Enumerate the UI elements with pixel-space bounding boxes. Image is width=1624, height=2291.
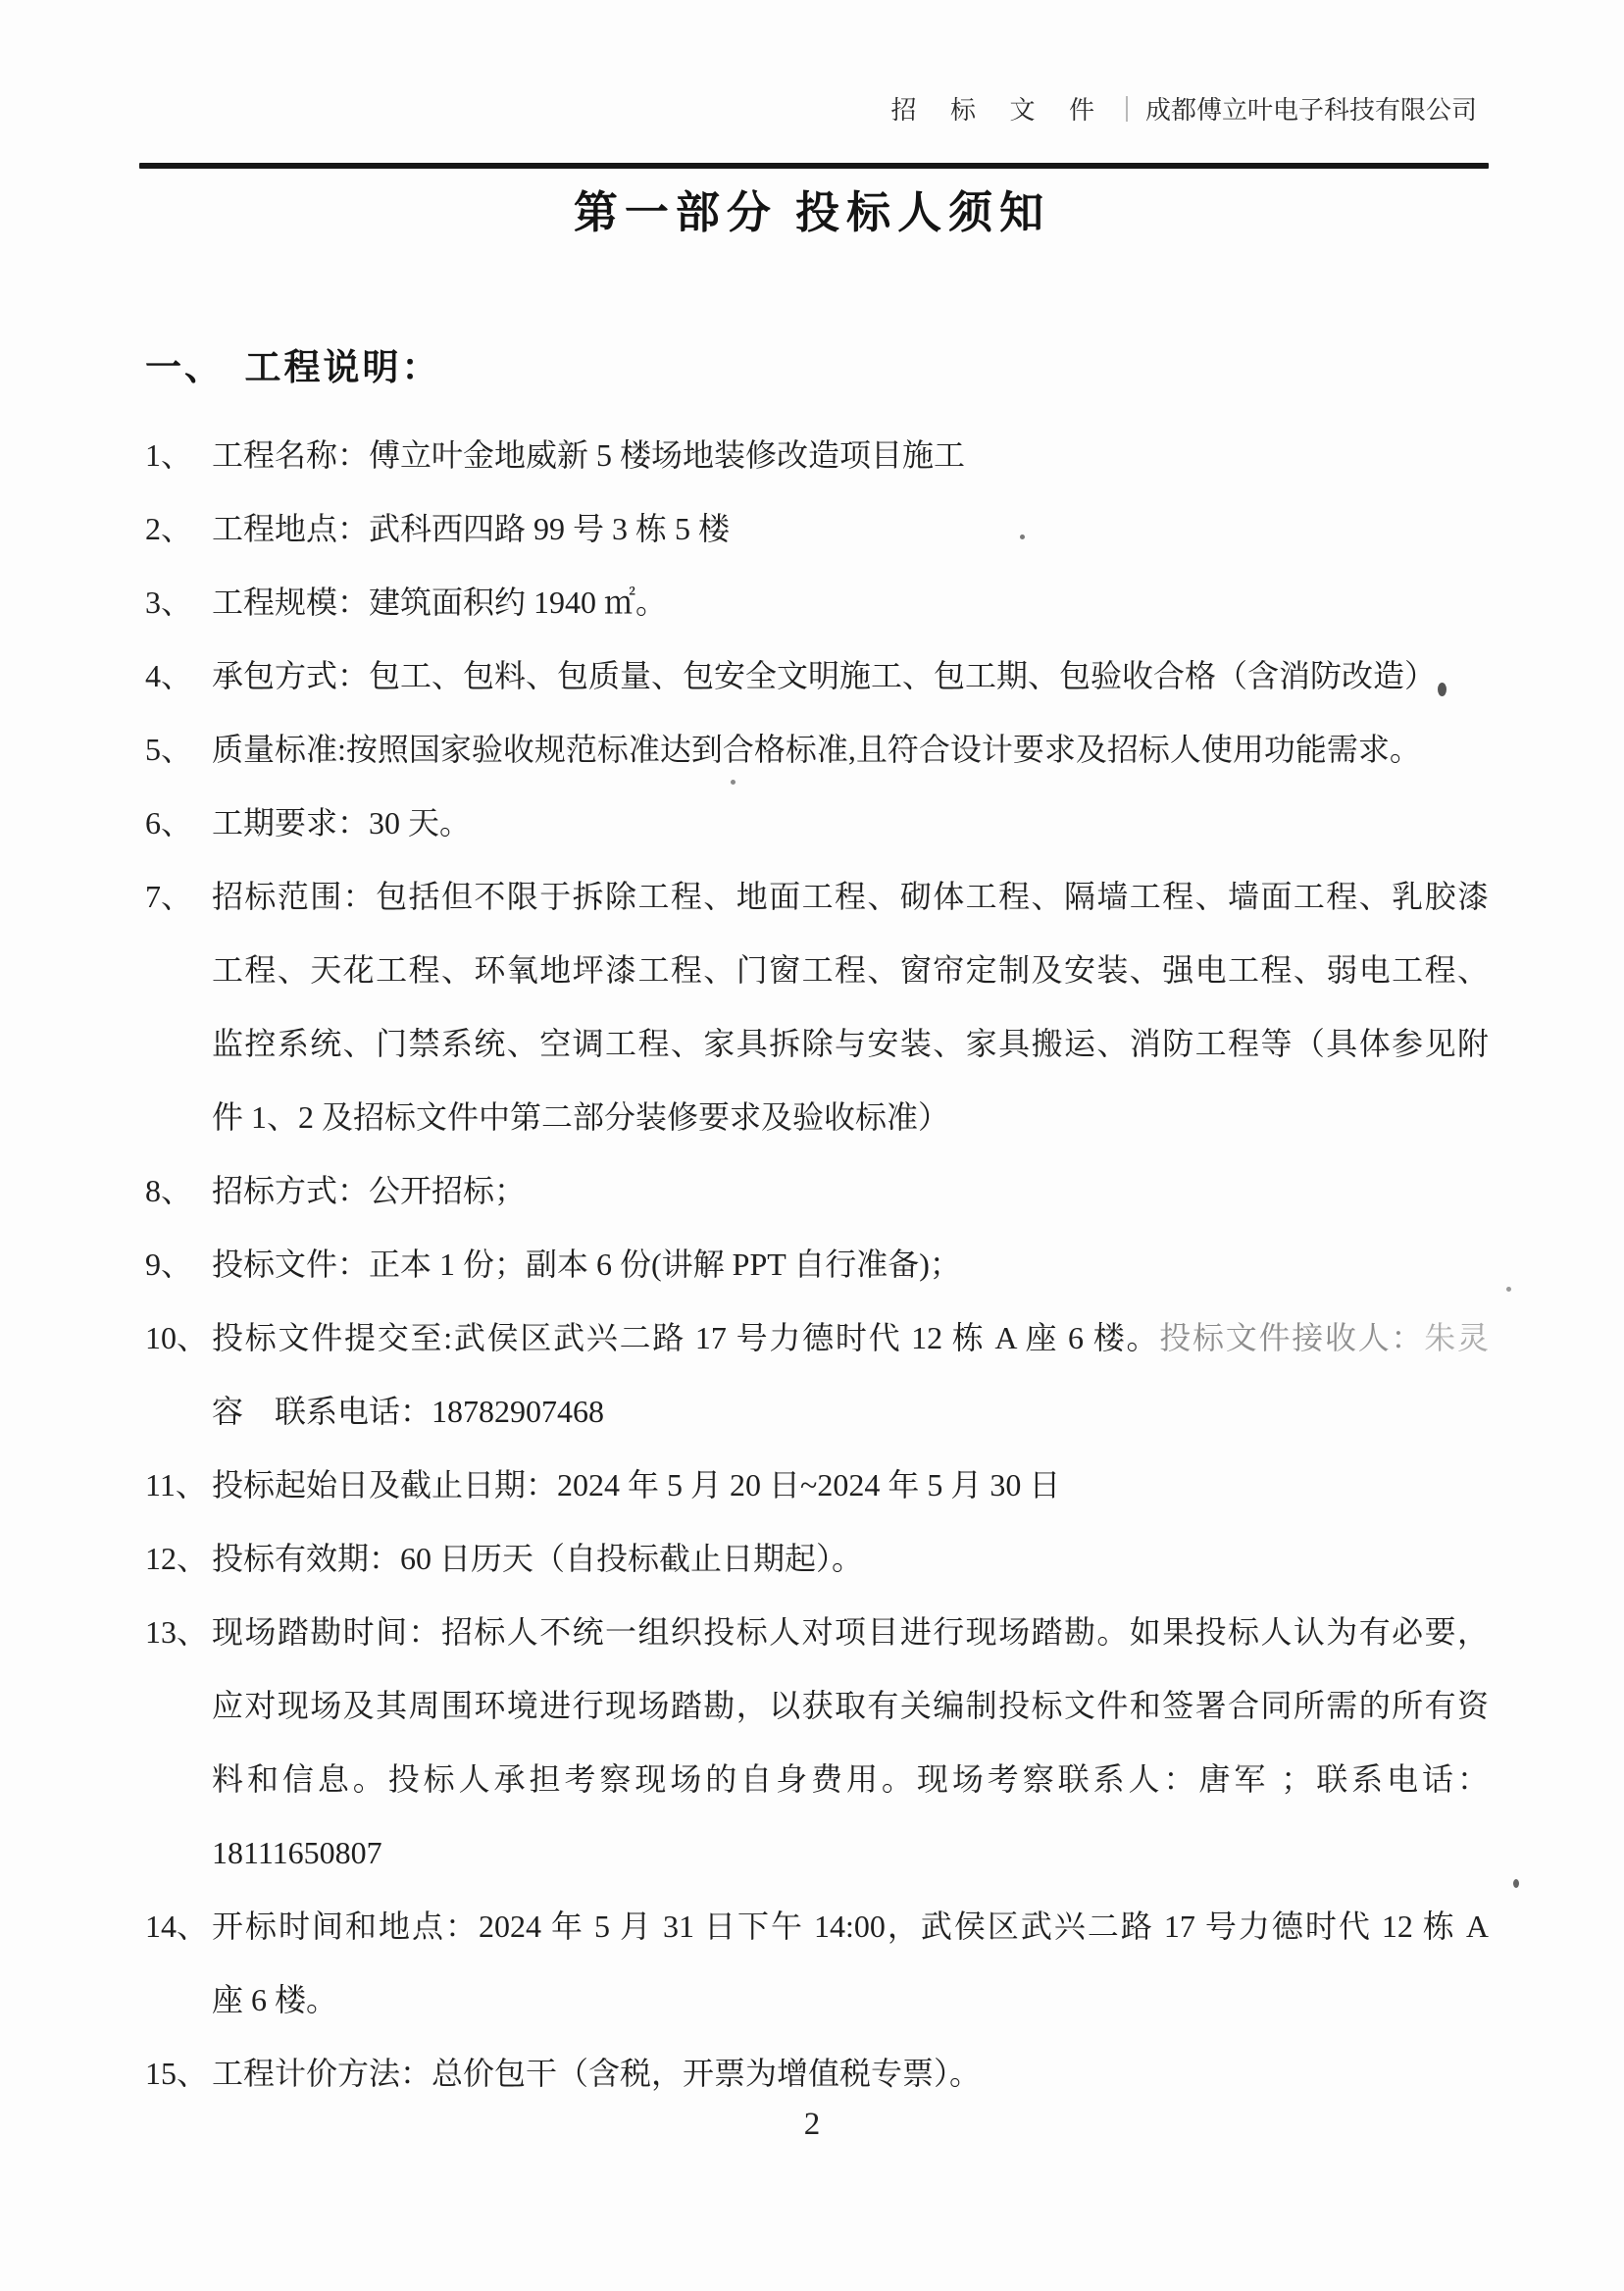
numbered-item: 6、 工期要求：30 天。 <box>145 787 1489 860</box>
item-line: 工程计价方法：总价包干（含税，开票为增值税专票）。 <box>212 2037 1489 2111</box>
item-line: 投标文件提交至:武侯区武兴二路 17 号力德时代 12 栋 A 座 6 楼。投标… <box>212 1301 1489 1375</box>
scan-speck <box>1506 1287 1511 1292</box>
numbered-list: 1、 工程名称：傅立叶金地威新 5 楼场地装修改造项目施工 2、 工程地点：武科… <box>145 419 1489 2111</box>
numbered-item: 9、 投标文件：正本 1 份；副本 6 份(讲解 PPT 自行准备)； <box>145 1228 1489 1301</box>
item-number: 11、 <box>145 1449 207 1522</box>
item-line: 容 联系电话：18782907468 <box>212 1375 1489 1449</box>
item-number: 2、 <box>145 492 192 566</box>
receiver-label-faded: 投标文件接收人： <box>1159 1320 1424 1355</box>
numbered-item: 4、 承包方式：包工、包料、包质量、包安全文明施工、包工期、包验收合格（含消防改… <box>145 639 1489 713</box>
item-number: 5、 <box>145 713 192 787</box>
item-number: 7、 <box>145 860 192 934</box>
item-number: 6、 <box>145 787 192 860</box>
numbered-item: 10、 投标文件提交至:武侯区武兴二路 17 号力德时代 12 栋 A 座 6 … <box>145 1301 1489 1449</box>
numbered-item: 8、 招标方式：公开招标； <box>145 1154 1489 1228</box>
page-number: 2 <box>0 2107 1624 2143</box>
item-line: 开标时间和地点：2024 年 5 月 31 日下午 14:00，武侯区武兴二路 … <box>212 1890 1489 1963</box>
item-line: 投标文件：正本 1 份；副本 6 份(讲解 PPT 自行准备)； <box>212 1228 1489 1301</box>
numbered-item: 14、 开标时间和地点：2024 年 5 月 31 日下午 14:00，武侯区武… <box>145 1890 1489 2037</box>
item-number: 1、 <box>145 419 192 492</box>
item-line: 工程、天花工程、环氧地坪漆工程、门窗工程、窗帘定制及安装、强电工程、弱电工程、 <box>212 934 1489 1007</box>
numbered-item: 1、 工程名称：傅立叶金地威新 5 楼场地装修改造项目施工 <box>145 419 1489 492</box>
item-line: 座 6 楼。 <box>212 1963 1489 2037</box>
scan-speck <box>1020 535 1025 539</box>
item-number: 15、 <box>145 2037 208 2111</box>
numbered-item: 3、 工程规模：建筑面积约 1940 ㎡。 <box>145 566 1489 639</box>
page-title: 第一部分 投标人须知 <box>0 177 1624 240</box>
item-line: 工程规模：建筑面积约 1940 ㎡。 <box>212 566 1489 639</box>
page-header: 招 标 文 件 成都傅立叶电子科技有限公司 <box>890 90 1477 127</box>
item-line: 现场踏勘时间：招标人不统一组织投标人对项目进行现场踏勘。如果投标人认为有必要， <box>212 1596 1489 1669</box>
item-line: 工程地点：武科西四路 99 号 3 栋 5 楼 <box>212 492 1489 566</box>
item-line: 工程名称：傅立叶金地威新 5 楼场地装修改造项目施工 <box>212 419 1489 492</box>
numbered-item: 2、 工程地点：武科西四路 99 号 3 栋 5 楼 <box>145 492 1489 566</box>
scan-speck <box>1513 1879 1519 1888</box>
numbered-item: 15、 工程计价方法：总价包干（含税，开票为增值税专票）。 <box>145 2037 1489 2111</box>
item-line: 件 1、2 及招标文件中第二部分装修要求及验收标准） <box>212 1081 1489 1154</box>
header-divider <box>1126 96 1128 122</box>
item-number: 3、 <box>145 566 192 639</box>
section-heading: 一、 工程说明： <box>145 331 1489 405</box>
company-name: 成都傅立叶电子科技有限公司 <box>1145 90 1477 127</box>
item-line: 招标范围：包括但不限于拆除工程、地面工程、砌体工程、隔墙工程、墙面工程、乳胶漆 <box>212 860 1489 934</box>
item-line: 监控系统、门禁系统、空调工程、家具拆除与安装、家具搬运、消防工程等（具体参见附 <box>212 1007 1489 1081</box>
item-line-text: 投标文件提交至:武侯区武兴二路 17 号力德时代 12 栋 A 座 6 楼。 <box>212 1320 1159 1355</box>
item-line: 招标方式：公开招标； <box>212 1154 1489 1228</box>
document-page: 招 标 文 件 成都傅立叶电子科技有限公司 第一部分 投标人须知 一、 工程说明… <box>0 0 1624 2291</box>
item-line: 18111650807 <box>212 1816 1489 1890</box>
item-line: 质量标准:按照国家验收规范标准达到合格标准,且符合设计要求及招标人使用功能需求。 <box>212 713 1489 787</box>
item-number: 13、 <box>145 1596 208 1669</box>
doc-type-label: 招 标 文 件 <box>890 90 1108 127</box>
numbered-item: 11、 投标起始日及截止日期：2024 年 5 月 20 日~2024 年 5 … <box>145 1449 1489 1522</box>
item-line: 料和信息。投标人承担考察现场的自身费用。现场考察联系人：唐军 ；联系电话： <box>212 1743 1489 1816</box>
receiver-name-faded: 朱灵 <box>1424 1320 1489 1355</box>
item-line: 投标起始日及截止日期：2024 年 5 月 20 日~2024 年 5 月 30… <box>212 1449 1489 1522</box>
item-number: 4、 <box>145 639 192 713</box>
item-number: 10、 <box>145 1301 208 1375</box>
scan-speck <box>1438 683 1446 696</box>
item-line: 承包方式：包工、包料、包质量、包安全文明施工、包工期、包验收合格（含消防改造） <box>212 639 1489 713</box>
numbered-item: 5、 质量标准:按照国家验收规范标准达到合格标准,且符合设计要求及招标人使用功能… <box>145 713 1489 787</box>
item-number: 9、 <box>145 1228 192 1301</box>
item-number: 12、 <box>145 1522 208 1596</box>
numbered-item: 13、 现场踏勘时间：招标人不统一组织投标人对项目进行现场踏勘。如果投标人认为有… <box>145 1596 1489 1890</box>
header-rule <box>139 163 1489 169</box>
item-line: 工期要求：30 天。 <box>212 787 1489 860</box>
numbered-item: 12、 投标有效期：60 日历天（自投标截止日期起）。 <box>145 1522 1489 1596</box>
item-number: 14、 <box>145 1890 208 1963</box>
item-line: 投标有效期：60 日历天（自投标截止日期起）。 <box>212 1522 1489 1596</box>
numbered-item: 7、 招标范围：包括但不限于拆除工程、地面工程、砌体工程、隔墙工程、墙面工程、乳… <box>145 860 1489 1154</box>
scan-speck <box>731 780 736 785</box>
item-number: 8、 <box>145 1154 192 1228</box>
item-line: 应对现场及其周围环境进行现场踏勘，以获取有关编制投标文件和签署合同所需的所有资 <box>212 1669 1489 1743</box>
document-body: 一、 工程说明： 1、 工程名称：傅立叶金地威新 5 楼场地装修改造项目施工 2… <box>145 331 1489 2111</box>
